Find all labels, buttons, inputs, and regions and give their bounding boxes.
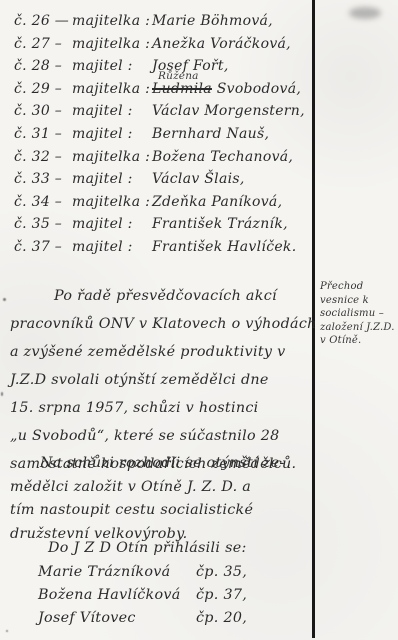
correction-above: Růžena xyxy=(158,70,199,82)
scan-speckle xyxy=(6,630,8,632)
scanned-chronicle-page: č. 26 — majitelka : Marie Böhmová, č. 27… xyxy=(0,0,398,640)
entry-role: majitel : xyxy=(72,58,152,74)
margin-note-line: socialismu – xyxy=(320,307,396,321)
handwritten-line: J.Z.D svolali otýnští zemědělci dne xyxy=(10,372,312,400)
entry-number: č. 32 – xyxy=(14,149,72,165)
margin-note-line: vesnice k xyxy=(320,294,396,308)
signup-member: Marie Trázníková čp. 35, xyxy=(38,564,310,587)
entry-name: Bernhard Nauš, xyxy=(152,126,310,142)
owner-entry: č. 26 — majitelka : Marie Böhmová, xyxy=(14,13,310,36)
member-name: Božena Havlíčková xyxy=(38,587,196,603)
entry-role: majitel : xyxy=(72,239,152,255)
owner-entry: č. 33 – majitel : Václav Šlais, xyxy=(14,171,310,194)
entry-number: č. 37 – xyxy=(14,239,72,255)
owners-list: č. 26 — majitelka : Marie Böhmová, č. 27… xyxy=(14,13,310,262)
handwritten-line: tím nastoupit cestu socialistické xyxy=(10,502,312,526)
handwritten-line: mědělci založit v Otíně J. Z. D. a xyxy=(10,479,312,503)
handwritten-line: 15. srpna 1957, schůzi v hostinci xyxy=(10,400,312,428)
entry-name: Anežka Voráčková, xyxy=(152,36,310,52)
entry-name: Marie Böhmová, xyxy=(152,13,310,29)
handwritten-line: pracovníků ONV v Klatovech o výhodách xyxy=(10,316,312,344)
entry-name: Růžena Ludmila Svobodová, xyxy=(152,81,310,97)
entry-role: majitelka : xyxy=(72,194,152,210)
margin-note-line: Přechod xyxy=(320,280,396,294)
owner-entry: č. 31 – majitel : Bernhard Nauš, xyxy=(14,126,310,149)
entry-role: majitelka : xyxy=(72,13,152,29)
scan-speckle xyxy=(1,392,3,396)
owner-entry: č. 30 – majitel : Václav Morgenstern, xyxy=(14,103,310,126)
entry-role: majitel : xyxy=(72,103,152,119)
entry-number: č. 35 – xyxy=(14,216,72,232)
paragraph-decision: Na schůzi rozhodli se otýnští ze- mědělc… xyxy=(10,455,312,549)
entry-number: č. 28 – xyxy=(14,58,72,74)
entry-name: Václav Šlais, xyxy=(152,171,310,187)
entry-number: č. 33 – xyxy=(14,171,72,187)
handwritten-line: „u Svobodů“, které se súčastnilo 28 xyxy=(10,428,312,456)
entry-number: č. 26 — xyxy=(14,13,72,29)
entry-name: František Trázník, xyxy=(152,216,310,232)
entry-number: č. 31 – xyxy=(14,126,72,142)
signup-member: Božena Havlíčková čp. 37, xyxy=(38,587,310,610)
entry-name: František Havlíček. xyxy=(152,239,310,255)
entry-number: č. 34 – xyxy=(14,194,72,210)
entry-name: Václav Morgenstern, xyxy=(152,103,310,119)
member-name: Marie Trázníková xyxy=(38,564,196,580)
entry-role: majitel : xyxy=(72,126,152,142)
handwritten-line: Po řadě přesvědčovacích akcí xyxy=(10,288,312,316)
scan-speckle xyxy=(3,298,6,301)
owner-entry-with-correction: č. 29 – majitelka : Růžena Ludmila Svobo… xyxy=(14,81,310,104)
owner-entry: č. 37 – majitel : František Havlíček. xyxy=(14,239,310,262)
corrected-first-name: Růžena Ludmila xyxy=(152,81,212,97)
signup-member: Josef Vítovec čp. 20, xyxy=(38,610,310,633)
owner-entry: č. 34 – majitelka : Zdeňka Paníková, xyxy=(14,194,310,217)
signup-intro-line: Do J Z D Otín přihlásili se: xyxy=(38,540,310,564)
member-house-number: čp. 35, xyxy=(196,564,310,580)
entry-number: č. 29 – xyxy=(14,81,72,97)
struck-name: Ludmila xyxy=(152,81,212,97)
member-name: Josef Vítovec xyxy=(38,610,196,626)
entry-role: majitelka : xyxy=(72,81,152,97)
entry-role: majitelka : xyxy=(72,149,152,165)
entry-role: majitel : xyxy=(72,171,152,187)
member-house-number: čp. 20, xyxy=(196,610,310,626)
member-house-number: čp. 37, xyxy=(196,587,310,603)
margin-annotation: Přechod vesnice k socialismu – založení … xyxy=(320,280,396,348)
pencil-smudge xyxy=(349,7,381,19)
entry-name: Zdeňka Paníková, xyxy=(152,194,310,210)
owner-entry: č. 32 – majitelka : Božena Techanová, xyxy=(14,149,310,172)
entry-role: majitelka : xyxy=(72,36,152,52)
jzd-signup-list: Do J Z D Otín přihlásili se: Marie Trázn… xyxy=(38,540,310,633)
margin-note-line: založení J.Z.D. xyxy=(320,321,396,335)
handwritten-line: Na schůzi rozhodli se otýnští ze- xyxy=(10,455,312,479)
handwritten-line: a zvýšené zemědělské produktivity v xyxy=(10,344,312,372)
entry-number: č. 30 – xyxy=(14,103,72,119)
entry-role: majitel : xyxy=(72,216,152,232)
margin-note-line: v Otíně. xyxy=(320,334,396,348)
entry-surname: Svobodová, xyxy=(217,81,301,97)
entry-number: č. 27 – xyxy=(14,36,72,52)
owner-entry: č. 35 – majitel : František Trázník, xyxy=(14,216,310,239)
entry-name: Božena Techanová, xyxy=(152,149,310,165)
owner-entry: č. 27 – majitelka : Anežka Voráčková, xyxy=(14,36,310,59)
